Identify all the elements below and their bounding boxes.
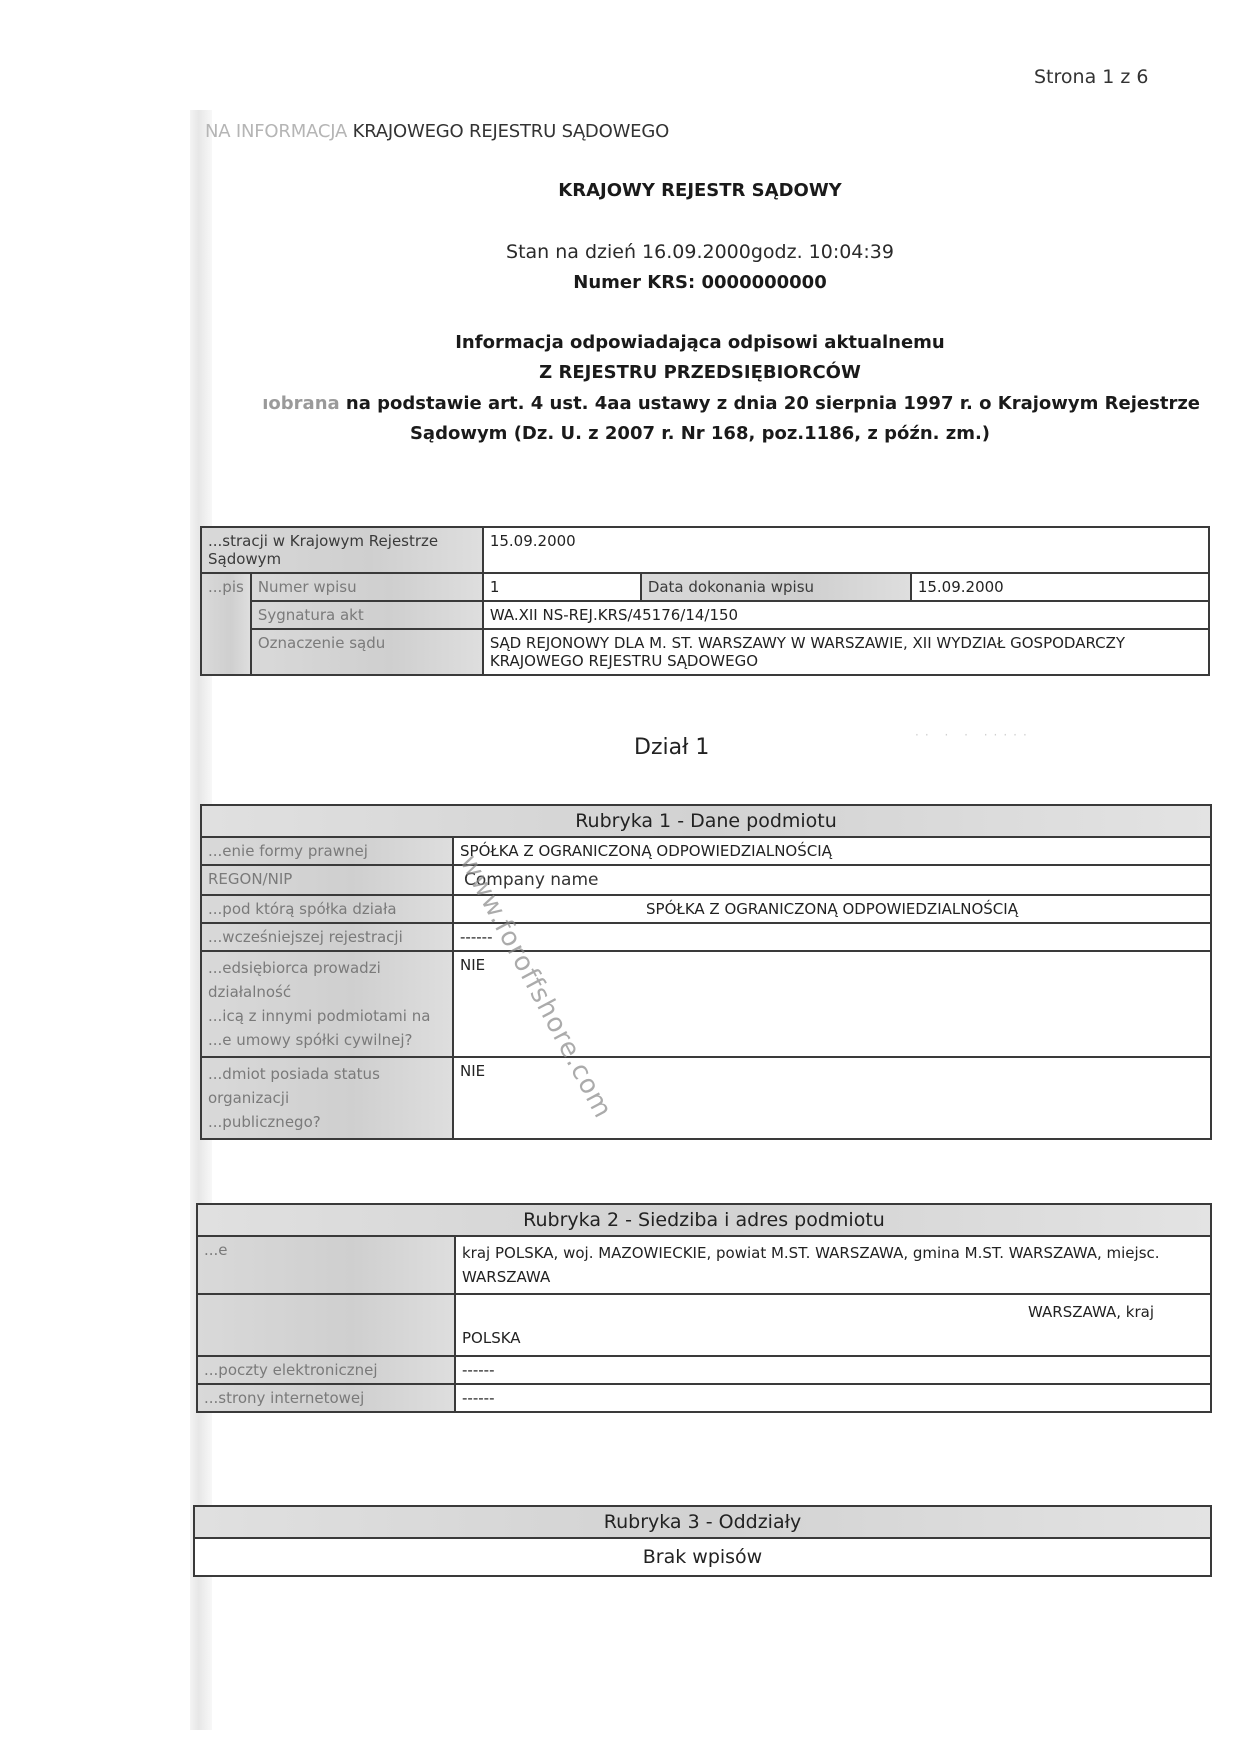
seat-value-line-2: WARSZAWA bbox=[462, 1265, 1204, 1289]
table-row: ...edsiębiorca prowadzi działalność ...i… bbox=[201, 951, 1211, 1057]
registry-title: KRAJOWY REJESTR SĄDOWY bbox=[200, 180, 1200, 201]
table-row: REGON/NIP Company name bbox=[201, 865, 1211, 895]
document-header-faded: NA INFORMACJA bbox=[205, 121, 347, 142]
entry-number-row: ...pis Numer wpisu 1 Data dokonania wpis… bbox=[201, 573, 1209, 601]
legal-form-value: SPÓŁKA Z OGRANICZONĄ ODPOWIEDZIALNOŚCIĄ bbox=[453, 837, 1211, 865]
previous-registration-label: ...wcześniejszej rejestracji bbox=[201, 923, 453, 951]
document-header: NA INFORMACJA KRAJOWEGO REJESTRU SĄDOWEG… bbox=[205, 121, 669, 142]
website-value: ------ bbox=[455, 1384, 1211, 1412]
table-row: ...pod którą spółka działa SPÓŁKA Z OGRA… bbox=[201, 895, 1211, 923]
rubryka-3-empty: Brak wpisów bbox=[194, 1538, 1211, 1576]
civil-partnership-label-line-3: ...e umowy spółki cywilnej? bbox=[208, 1028, 446, 1052]
table-row: ...wcześniejszej rejestracji ------ bbox=[201, 923, 1211, 951]
document-header-text: KRAJOWEGO REJESTRU SĄDOWEGO bbox=[347, 121, 669, 142]
civil-partnership-label-line-1: ...edsiębiorca prowadzi działalność bbox=[208, 956, 446, 1004]
seat-value: kraj POLSKA, woj. MAZOWIECKIE, powiat M.… bbox=[455, 1236, 1211, 1294]
entry-number-label: Numer wpisu bbox=[251, 573, 483, 601]
krs-number: Numer KRS: 0000000000 bbox=[200, 272, 1200, 293]
registration-date-value: 15.09.2000 bbox=[483, 527, 1209, 573]
company-name-value: Company name bbox=[453, 865, 1211, 895]
previous-registration-value: ------ bbox=[453, 923, 1211, 951]
entry-group-label: ...pis bbox=[201, 573, 251, 675]
court-value: SĄD REJONOWY DLA M. ST. WARSZAWY W WARSZ… bbox=[483, 629, 1209, 675]
business-name-label: ...pod którą spółka działa bbox=[201, 895, 453, 923]
rubryka-2-table: Rubryka 2 - Siedziba i adres podmiotu ..… bbox=[196, 1203, 1212, 1413]
entry-date-label: Data dokonania wpisu bbox=[641, 573, 911, 601]
civil-partnership-label: ...edsiębiorca prowadzi działalność ...i… bbox=[201, 951, 453, 1057]
rubryka-1-table: Rubryka 1 - Dane podmiotu ...enie formy … bbox=[200, 804, 1212, 1140]
registration-date-row: ...stracji w Krajowym Rejestrze Sądowym … bbox=[201, 527, 1209, 573]
table-row: WARSZAWA, kraj POLSKA bbox=[197, 1294, 1211, 1356]
info-line-3-text: na podstawie art. 4 ust. 4aa ustawy z dn… bbox=[340, 393, 1200, 414]
public-benefit-label: ...dmiot posiada status organizacji ...p… bbox=[201, 1057, 453, 1139]
case-signature-row: Sygnatura akt WA.XII NS-REJ.KRS/45176/14… bbox=[201, 601, 1209, 629]
court-value-line-1: SĄD REJONOWY DLA M. ST. WARSZAWY W WARSZ… bbox=[490, 634, 1202, 652]
section-title: Dział 1 bbox=[634, 735, 709, 760]
website-label: ...strony internetowej bbox=[197, 1384, 455, 1412]
court-label: Oznaczenie sądu bbox=[251, 629, 483, 675]
info-line-4: Sądowym (Dz. U. z 2007 r. Nr 168, poz.11… bbox=[200, 423, 1200, 444]
rubryka-2-title: Rubryka 2 - Siedziba i adres podmiotu bbox=[197, 1204, 1211, 1236]
registration-table: ...stracji w Krajowym Rejestrze Sądowym … bbox=[200, 526, 1210, 676]
public-benefit-label-line-1: ...dmiot posiada status organizacji bbox=[208, 1062, 446, 1110]
entry-number-value: 1 bbox=[483, 573, 641, 601]
rubryka-1-title: Rubryka 1 - Dane podmiotu bbox=[201, 805, 1211, 837]
legal-form-label: ...enie formy prawnej bbox=[201, 837, 453, 865]
address-label bbox=[197, 1294, 455, 1356]
seat-value-line-1: kraj POLSKA, woj. MAZOWIECKIE, powiat M.… bbox=[462, 1241, 1204, 1265]
info-line-3: ıobrana na podstawie art. 4 ust. 4aa ust… bbox=[200, 393, 1200, 414]
address-value: WARSZAWA, kraj POLSKA bbox=[455, 1294, 1211, 1356]
registration-date-label: ...stracji w Krajowym Rejestrze Sądowym bbox=[201, 527, 483, 573]
email-value: ------ bbox=[455, 1356, 1211, 1384]
address-value-line-2: POLSKA bbox=[462, 1325, 1204, 1351]
email-label: ...poczty elektronicznej bbox=[197, 1356, 455, 1384]
scan-artifact: ·· · · ····· bbox=[915, 728, 1033, 742]
regon-nip-label: REGON/NIP bbox=[201, 865, 453, 895]
seat-label: ...e bbox=[197, 1236, 455, 1294]
table-row: ...dmiot posiada status organizacji ...p… bbox=[201, 1057, 1211, 1139]
table-row: ...enie formy prawnej SPÓŁKA Z OGRANICZO… bbox=[201, 837, 1211, 865]
civil-partnership-label-line-2: ...icą z innymi podmiotami na bbox=[208, 1004, 446, 1028]
info-line-2: Z REJESTRU PRZEDSIĘBIORCÓW bbox=[200, 362, 1200, 383]
entry-date-value: 15.09.2000 bbox=[911, 573, 1209, 601]
table-row: ...poczty elektronicznej ------ bbox=[197, 1356, 1211, 1384]
address-value-line-1: WARSZAWA, kraj bbox=[462, 1299, 1204, 1325]
table-row: ...strony internetowej ------ bbox=[197, 1384, 1211, 1412]
info-line-1: Informacja odpowiadająca odpisowi aktual… bbox=[200, 332, 1200, 353]
state-as-of: Stan na dzień 16.09.2000godz. 10:04:39 bbox=[200, 241, 1200, 263]
case-signature-value: WA.XII NS-REJ.KRS/45176/14/150 bbox=[483, 601, 1209, 629]
business-name-value: SPÓŁKA Z OGRANICZONĄ ODPOWIEDZIALNOŚCIĄ bbox=[453, 895, 1211, 923]
page-number: Strona 1 z 6 bbox=[1034, 66, 1148, 88]
rubryka-3-table: Rubryka 3 - Oddziały Brak wpisów bbox=[193, 1505, 1212, 1577]
public-benefit-label-line-2: ...publicznego? bbox=[208, 1110, 446, 1134]
court-row: Oznaczenie sądu SĄD REJONOWY DLA M. ST. … bbox=[201, 629, 1209, 675]
info-line-3-faded: ıobrana bbox=[262, 393, 339, 414]
table-row: ...e kraj POLSKA, woj. MAZOWIECKIE, powi… bbox=[197, 1236, 1211, 1294]
case-signature-label: Sygnatura akt bbox=[251, 601, 483, 629]
court-value-line-2: KRAJOWEGO REJESTRU SĄDOWEGO bbox=[490, 652, 1202, 670]
rubryka-3-title: Rubryka 3 - Oddziały bbox=[194, 1506, 1211, 1538]
